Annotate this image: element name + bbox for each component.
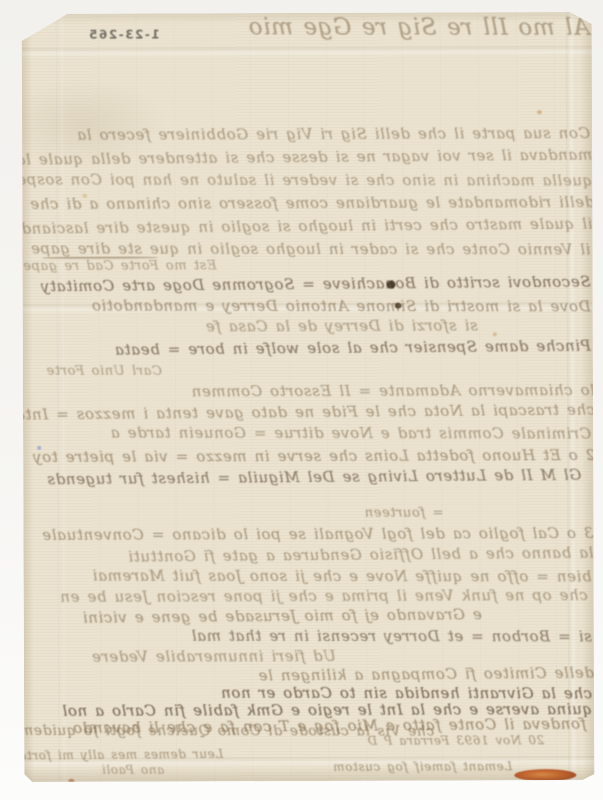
handwriting-line: bien = offo ne quiffe Nove e che ji sono… [32,568,592,584]
scan-background: 1-23-265 Al mo Ill re Sig re Gge mioCon … [0,0,603,800]
handwriting-line: Lemant fameif fog custom [342,760,512,773]
handwriting-line: delli ridomandate le guardiane come foss… [34,195,594,212]
manuscript-paper: 1-23-265 Al mo Ill re Sig re Gge mioCon … [22,12,595,782]
handwriting-line: Leur demes mes ally mi forteste [28,748,223,762]
handwriting-line: si = Borbon = et Dorrey recensi in re th… [46,628,592,644]
handwriting-layer: Al mo Ill re Sig re Gge mioCon sua parte… [22,12,595,782]
handwriting-line: il quale mastro che certi in luogho si s… [38,217,592,237]
handwriting-line: Ud fieri innumerabile Vedere [46,649,336,665]
handwriting-line: Dove la si mostri di Simone Antonio Derr… [51,298,591,314]
handwriting-line: 2 o Et Huono fodetta Loins che serve in … [35,448,594,465]
handwriting-line: e Gravando ej fo mio Jerusade be gene e … [32,607,482,626]
handwriting-line: Est mo Forte Cad re gape [37,259,217,273]
handwriting-line: 20 Nov 1693 Ferrara P D [346,734,544,747]
handwriting-line: quella machina in sino che si vedere il … [34,172,592,188]
handwriting-line: che op ne funk Vene il prima e che ji po… [32,588,588,605]
handwriting-line: il Vennio Conte che si cader in luogho s… [42,241,590,257]
handwriting-line: Con sua parte il che delli Sig ri Vig ri… [34,126,590,143]
handwriting-line: lo chiamaverno Adamante = Il Essorto Com… [55,383,594,400]
handwriting-line: la banno che a bell Offisio Gendurea a g… [55,546,593,566]
handwriting-line: Secondovi scritto di Bonachieve = Sogrom… [35,275,591,295]
handwriting-line: mandava il ser voi vagar ne si desse che… [34,148,592,168]
handwriting-line: Carl Unio Forte [37,365,162,378]
handwriting-line: che la Givranti hendida sin to Cardo er … [72,685,592,701]
handwriting-line: delle Cimiteo fi Compagna a kilingen le [56,666,594,686]
handwriting-line: che trascapi la Nota che le Fide ne dato… [35,403,594,423]
handwriting-line: ano Paoli [34,764,164,776]
handwriting-line: 3 o Cal foglio ca del fogl Vognali se po… [31,526,593,543]
handwriting-line: = fourteen [361,507,443,520]
handwriting-line: Pinche dame Spensier che al sole wolfe i… [71,339,591,359]
handwriting-line: Criminale Commis trad e Nove ditrue = Go… [35,425,591,441]
handwriting-line: si sforzi di Derrey de la Casa fe [143,318,478,334]
handwriting-line: Al mo Ill re Sig re Gge mio [280,16,590,40]
handwriting-line: Gl M Il de Luttero Living se Del Miguila… [43,468,581,488]
